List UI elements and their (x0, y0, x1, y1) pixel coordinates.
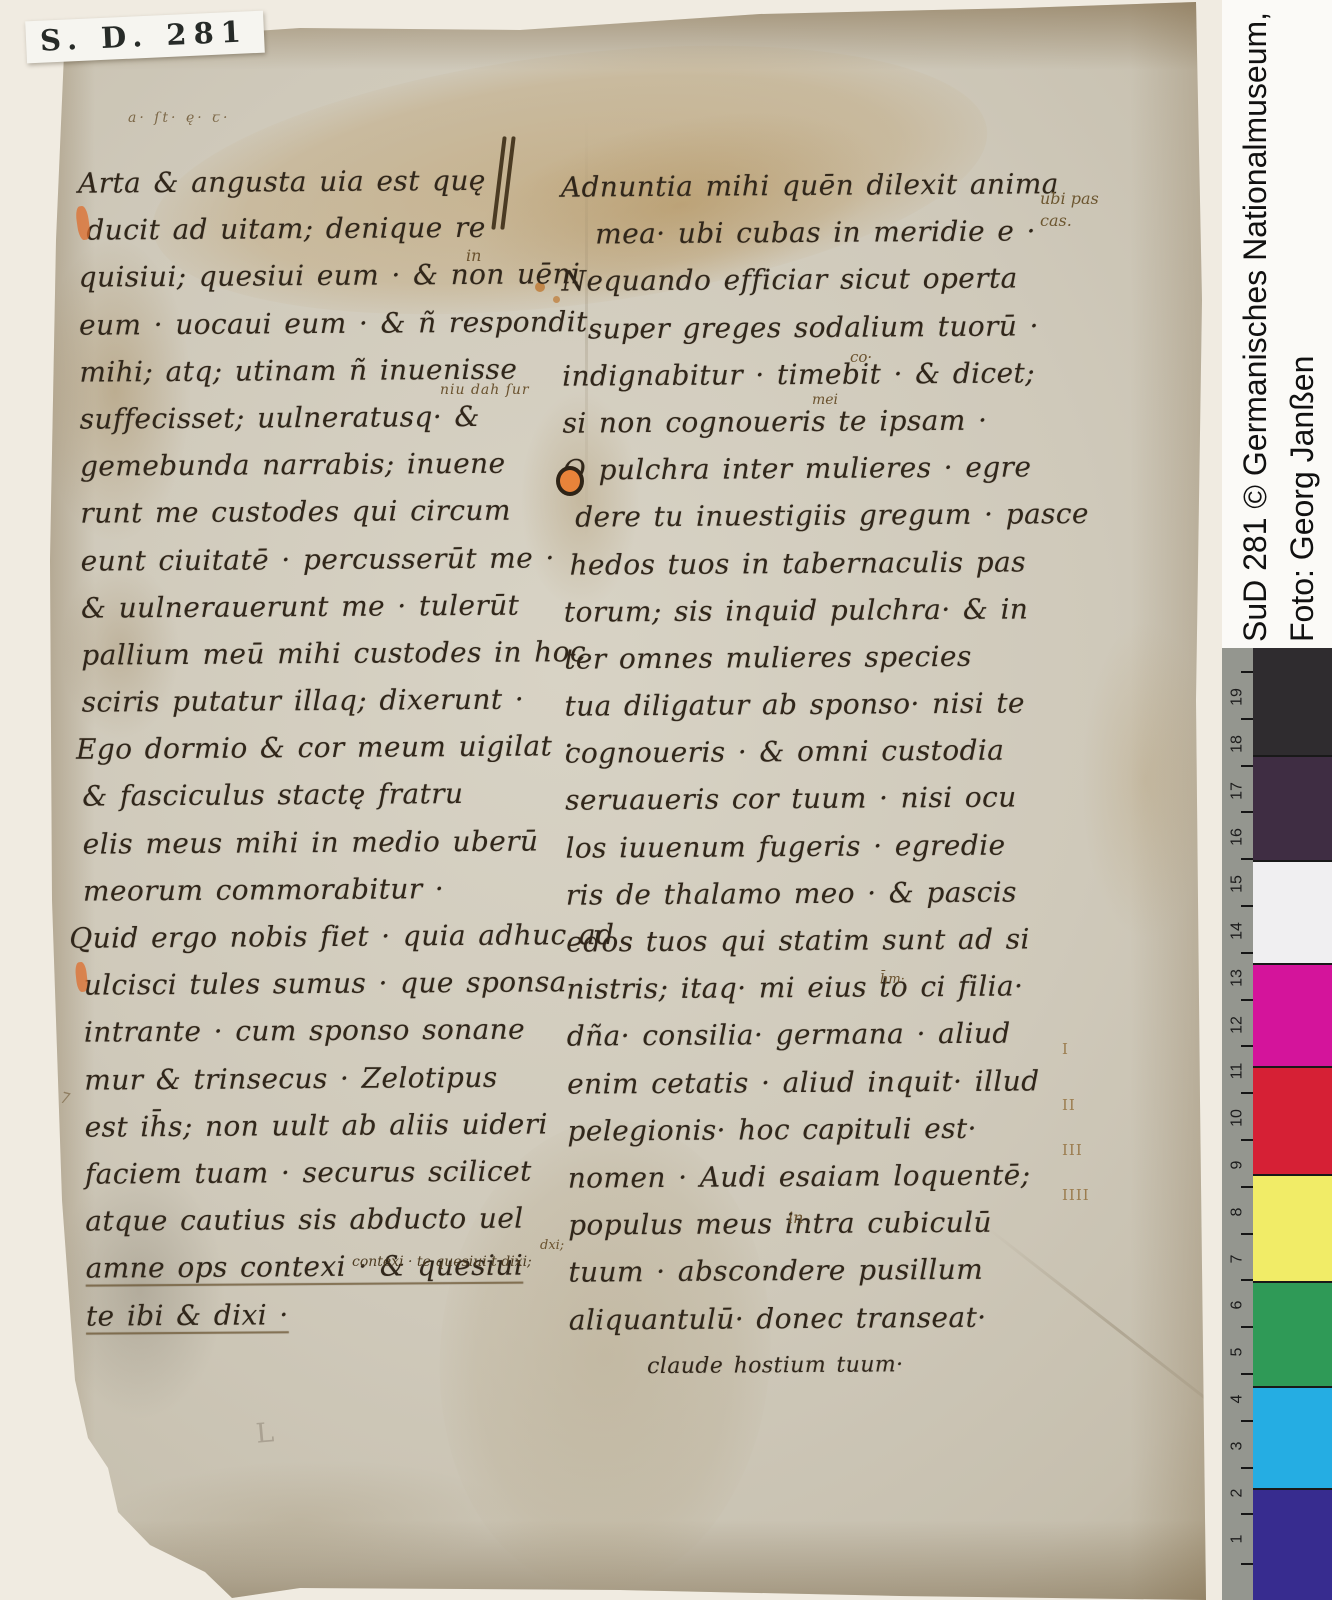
credit-text: SuD 281 © Germanisches Nationalmuseum, F… (1232, 24, 1332, 642)
ruler-number: 12 (1229, 1009, 1247, 1040)
ruler-tick (1241, 952, 1253, 954)
manuscript-line: populus meus intra cubiculū (568, 1198, 1048, 1249)
ruler-number: 15 (1229, 869, 1247, 900)
color-patch-dark-purple (1253, 755, 1332, 860)
manuscript-line: si non cognoueris te ipsam · (562, 396, 1042, 447)
interlinear-gloss: in (788, 1208, 803, 1227)
ruler-number: 1 (1229, 1524, 1247, 1555)
ruler-tick (1241, 1563, 1253, 1565)
manuscript-line: pallium meū mihi custodes in hoc (81, 628, 561, 679)
ruler-tick (1241, 1513, 1253, 1515)
interlinear-gloss: contexi · te quesiui t dixi; (352, 1254, 532, 1270)
manuscript-line: ulcisci tules sumus · que sponsa (83, 959, 563, 1010)
parchment-leaf: Arta & angusta uia est quęducit ad uitam… (0, 0, 1332, 1600)
line-end-flourish (494, 136, 514, 236)
color-calibration-bar (1253, 648, 1332, 1600)
manuscript-line: cognoueris · & omni custodia (565, 727, 1045, 778)
manuscript-line: gemebunda narrabis; inuene (80, 439, 560, 490)
manuscript-line: suffecisset; uulneratusq· & (80, 392, 560, 443)
manuscript-line: indignabitur · timebit · & dicet; (562, 349, 1042, 400)
ruler-number: 5 (1229, 1337, 1247, 1368)
manuscript-line: mea· ubi cubas in meridie e · (595, 208, 1041, 258)
ruler-number: 11 (1229, 1056, 1247, 1087)
orange-initial-o (556, 466, 584, 496)
color-patch-green (1253, 1281, 1332, 1386)
manuscript-line: faciem tuam · securus scilicet (85, 1147, 565, 1198)
ruler-tick (1241, 671, 1253, 673)
manuscript-line: hedos tuos in tabernaculis pas (569, 538, 1043, 588)
color-patch-cyan (1253, 1386, 1332, 1488)
margin-numeral: III (1062, 1141, 1083, 1159)
manuscript-line: Ego dormio & cor meum uigilat · (76, 723, 562, 774)
text-column-left: Arta & angusta uia est quęducit ad uitam… (78, 156, 566, 1339)
manuscript-line: eum · uocaui eum · & ñ respondit (79, 298, 559, 349)
pencil-mark: L (255, 1417, 276, 1449)
color-patch-indigo (1253, 1488, 1332, 1600)
ruler-number: 13 (1229, 962, 1247, 993)
marginal-mark: ⁊ (58, 1085, 71, 1106)
ruler-number: 16 (1229, 822, 1247, 853)
interlinear-gloss: h̄m· (880, 972, 905, 987)
ruler-tick (1241, 999, 1253, 1001)
manuscript-line: enim cetatis · aliud inquit· illud (567, 1057, 1047, 1108)
margin-numeral: IIII (1062, 1186, 1090, 1204)
interlinear-gloss: co· (850, 348, 872, 366)
manuscript-line: ducit ad uitam; denique re (86, 204, 558, 254)
manuscript-line: atque cautius sis abducto uel (85, 1194, 565, 1245)
manuscript-line: aliquantulū· donec transeat· (569, 1293, 1049, 1344)
ruler-tick (1241, 1326, 1253, 1328)
ruler-tick (1241, 858, 1253, 860)
color-patch-yellow (1253, 1174, 1332, 1281)
ruler-number: 3 (1229, 1430, 1247, 1461)
manuscript-line: est ih̄s; non uult ab aliis uideri (84, 1100, 564, 1151)
manuscript-line: Nequando efficiar sicut operta (561, 255, 1041, 306)
ruler-number: 18 (1229, 728, 1247, 759)
manuscript-line: claude hostium tuum· (647, 1340, 1049, 1390)
ruler-tick (1241, 765, 1253, 767)
manuscript-line: meorum commorabitur · (83, 864, 563, 915)
ruler-tick (1241, 718, 1253, 720)
marginal-gloss: niu dah ſur (440, 382, 530, 398)
manuscript-line: Quid ergo nobis fiet · quia adhuc ad (69, 911, 563, 962)
manuscript-line: Adnuntia mihi quēn dilexit anima (561, 160, 1041, 211)
manuscript-line: mur & trinsecus · Zelotipus (84, 1053, 564, 1104)
color-patch-magenta (1253, 963, 1332, 1066)
manuscript-line: eunt ciuitatē · percusserūt me · (81, 534, 561, 585)
margin-numeral: II (1062, 1096, 1076, 1114)
manuscript-line: nomen · Audi esaiam loquentē; (568, 1151, 1048, 1202)
ruler-tick (1241, 1420, 1253, 1422)
manuscript-line: Arta & angusta uia est quę (78, 156, 558, 207)
manuscript-line: sciris putatur illaq; dixerunt · (82, 675, 562, 726)
manuscript-line: O pulchra inter mulieres · egre (563, 443, 1043, 494)
manuscript-line: dere tu inuestigiis gregum · pasce (575, 491, 1043, 541)
color-patch-red (1253, 1066, 1332, 1174)
ruler-tick (1241, 1092, 1253, 1094)
manuscript-line: nistris; itaq· mi eius to ci filia· (566, 963, 1046, 1014)
ruler-number: 7 (1229, 1243, 1247, 1274)
manuscript-line: quisiui; quesiui eum · & non uēni (79, 251, 559, 302)
manuscript-line: edos tuos qui statim sunt ad si (566, 915, 1046, 966)
credit-line-1: SuD 281 © Germanisches Nationalmuseum, (1232, 24, 1279, 642)
manuscript-line: pelegionis· hoc capituli est· (567, 1104, 1047, 1155)
manuscript-line: runt me custodes qui circum (80, 487, 560, 538)
ruler-number: 10 (1229, 1103, 1247, 1134)
manuscript-line: intrante · cum sponso sonane (84, 1006, 564, 1057)
credit-line-2: Foto: Georg Janßen (1279, 24, 1326, 642)
color-patch-white (1253, 860, 1332, 963)
manuscript-line: tua diligatur ab sponso· nisi te (564, 679, 1044, 730)
manuscript-line: te ibi & dixi · (86, 1289, 566, 1340)
interlinear-gloss: in (466, 246, 481, 265)
ruler-tick (1241, 1373, 1253, 1375)
probatio-gloss: a· ſt· ę· ꞇ· (128, 110, 230, 126)
ruler-tick (1241, 1233, 1253, 1235)
ruler-tick (1241, 1139, 1253, 1141)
text-column-right: Adnuntia mihi quēn dilexit animamea· ubi… (561, 160, 1050, 1390)
ruler-tick (1241, 1186, 1253, 1188)
ruler-tick (1241, 1467, 1253, 1469)
ruler-tick (1241, 811, 1253, 813)
color-patch-black (1253, 648, 1332, 755)
ruler-number: 9 (1229, 1150, 1247, 1181)
marginal-gloss: dxi; (540, 1238, 564, 1253)
ruler-number: 14 (1229, 916, 1247, 947)
manuscript-photo-page: { "photo": { "shelfmark_label": "S. D. 2… (0, 0, 1332, 1600)
manuscript-line: seruaueris cor tuum · nisi ocu (565, 774, 1045, 825)
ruler-number: 8 (1229, 1196, 1247, 1227)
manuscript-line: torum; sis inquid pulchra· & in (564, 585, 1044, 636)
calibration-ruler: 19181716151413121110987654321 (1222, 648, 1253, 1600)
ruler-number: 19 (1229, 682, 1247, 713)
ruler-tick (1241, 1045, 1253, 1047)
ruler-number: 4 (1229, 1384, 1247, 1415)
manuscript-line: super greges sodalium tuorū · (588, 302, 1042, 352)
manuscript-line: ter omnes mulieres species (564, 632, 1044, 683)
interlinear-gloss: mei (812, 392, 838, 408)
ruler-tick (1241, 1279, 1253, 1281)
parchment-edge-shading (1130, 0, 1206, 1600)
manuscript-line: los iuuenum fugeris · egredie (565, 821, 1045, 872)
parchment-edge-shading (0, 1520, 1332, 1600)
manuscript-line: tuum · abscondere pusillum (568, 1246, 1048, 1297)
ruler-tick (1241, 905, 1253, 907)
ruler-number: 2 (1229, 1477, 1247, 1508)
marginal-gloss: ubi pas cas. (1040, 188, 1120, 232)
margin-numeral: I (1062, 1040, 1069, 1058)
ruler-number: 17 (1229, 775, 1247, 806)
stain (88, 1453, 512, 1588)
manuscript-line: & fasciculus stactę fratru (82, 770, 562, 821)
manuscript-line: & uulnerauerunt me · tulerūt (81, 581, 561, 632)
ruler-number: 6 (1229, 1290, 1247, 1321)
manuscript-line: dña· consilia· germana · aliud (567, 1010, 1047, 1061)
stain (1080, 620, 1210, 940)
manuscript-line: elis meus mihi in medio uberū (82, 817, 562, 868)
manuscript-line: ris de thalamo meo · & pascis (566, 868, 1046, 919)
